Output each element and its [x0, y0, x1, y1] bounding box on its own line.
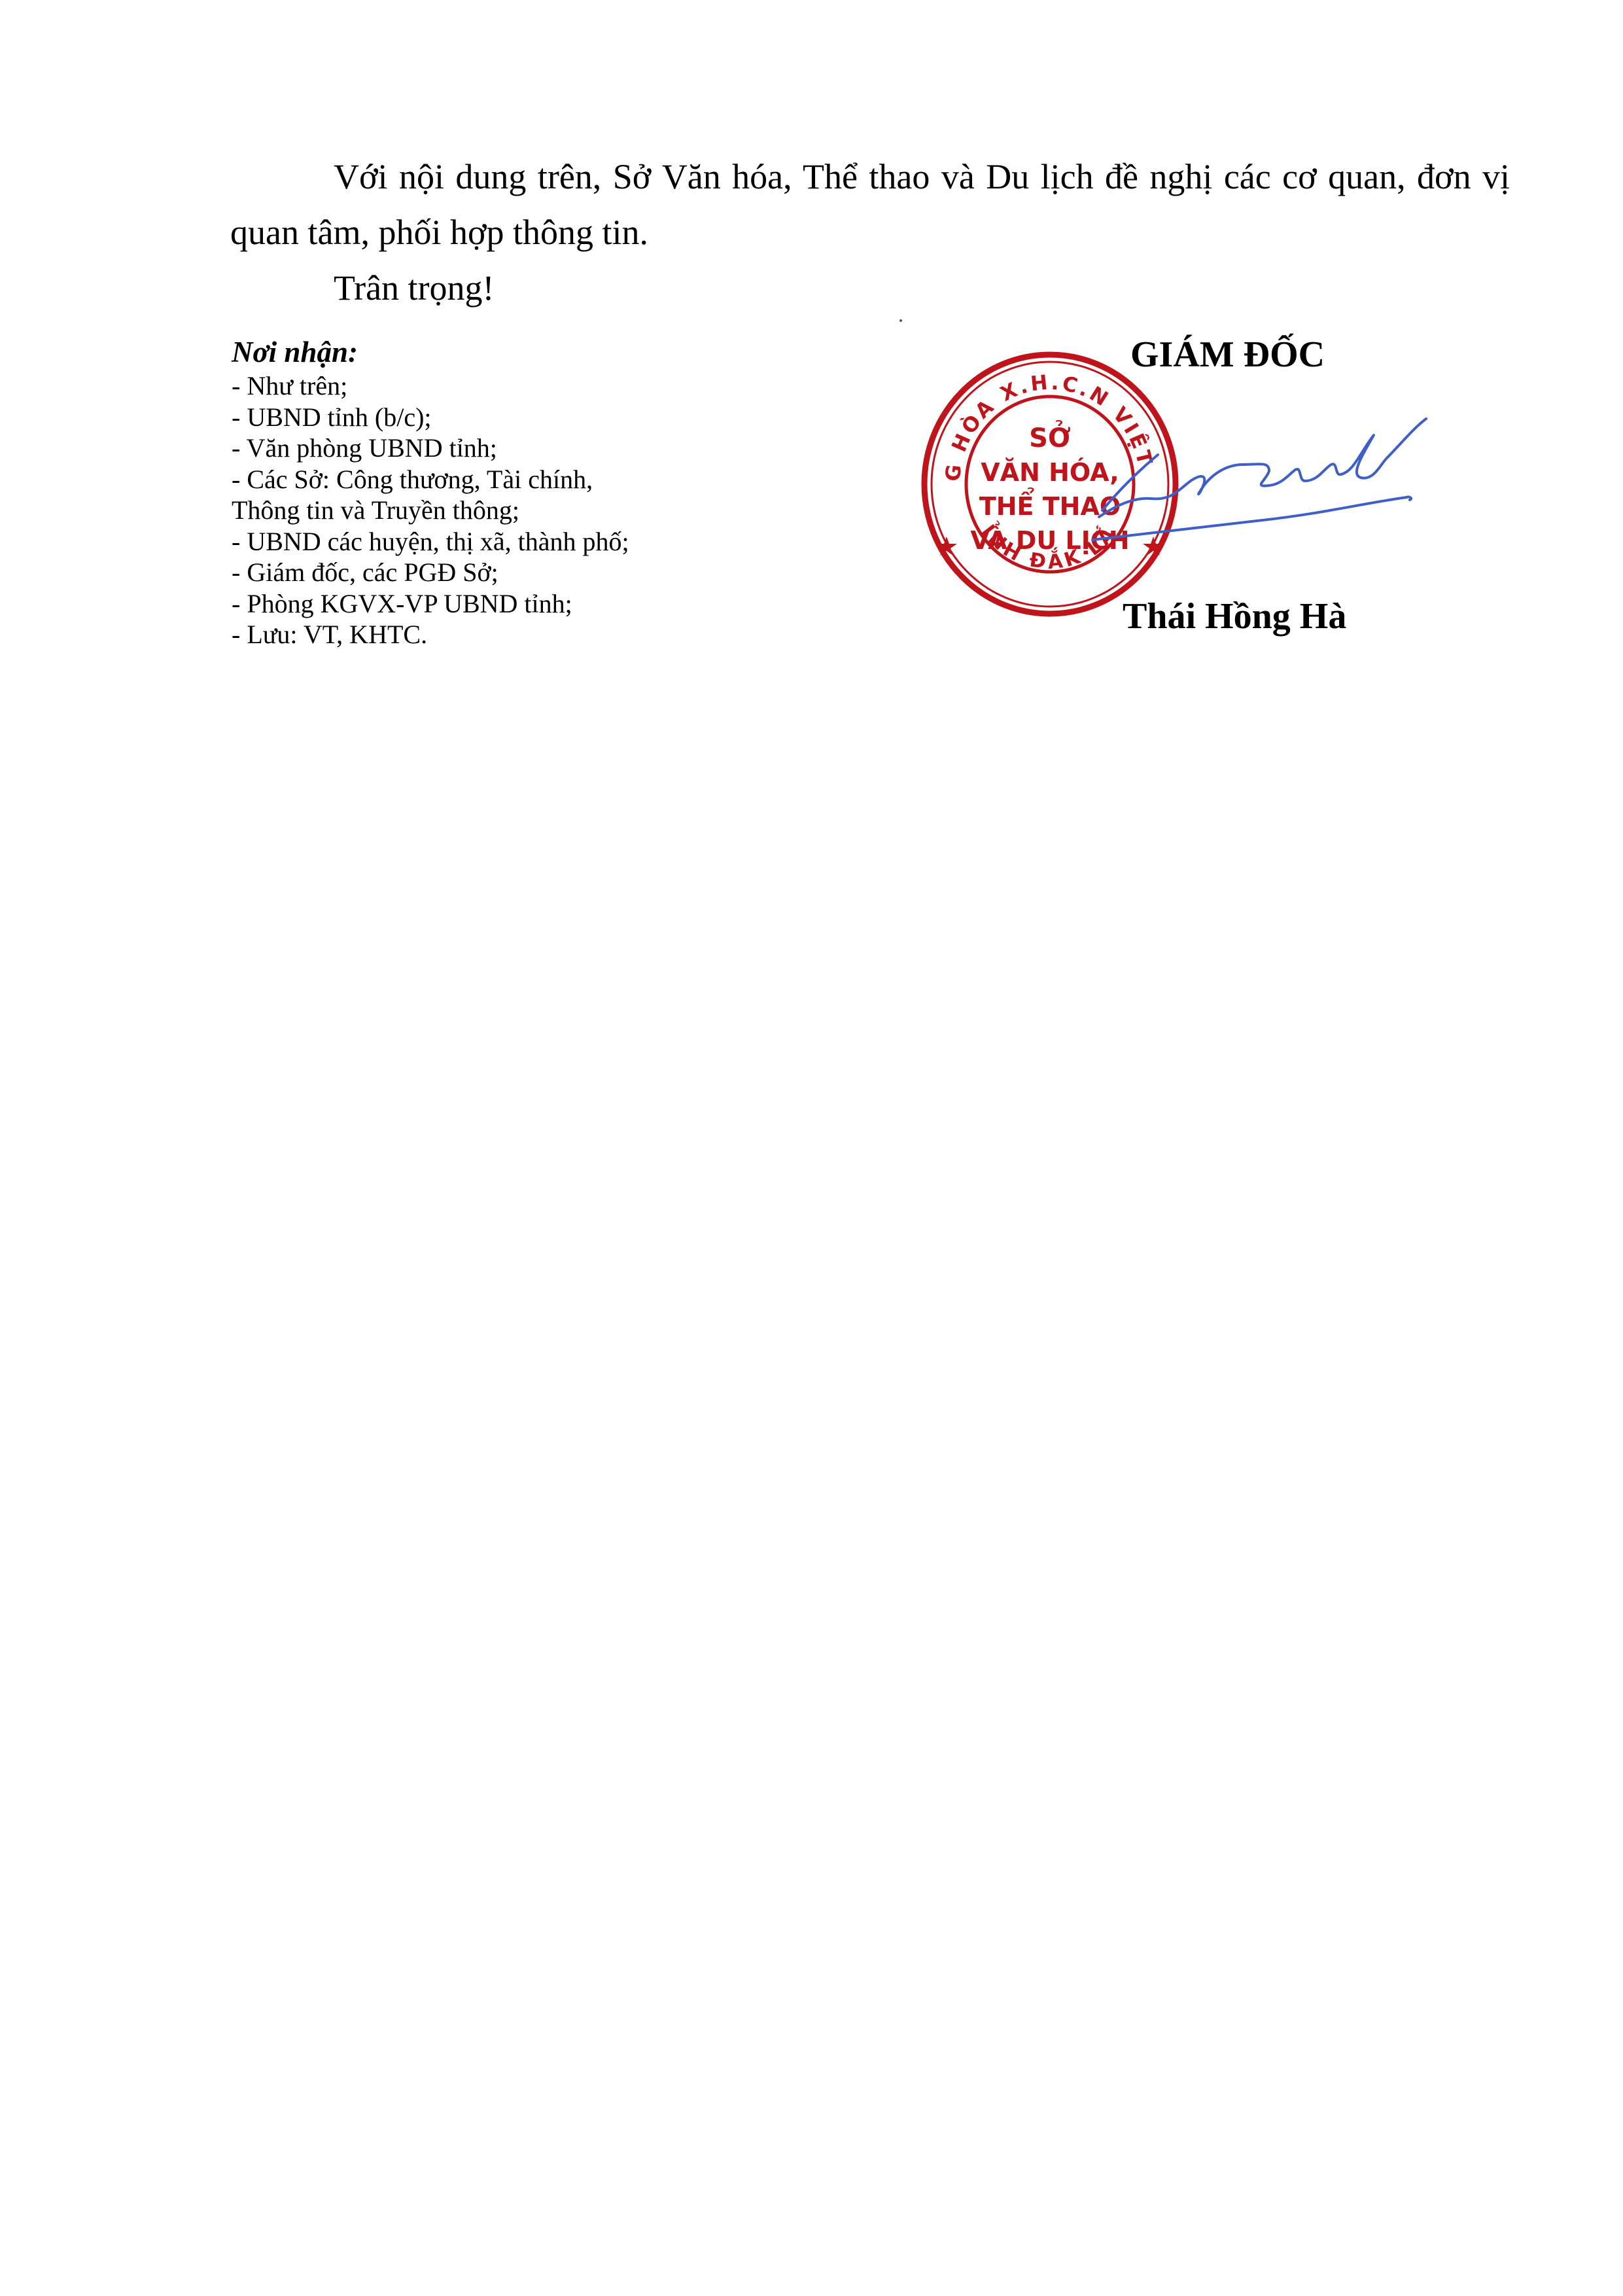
- closing-text: Trân trọng!: [334, 260, 495, 316]
- body-paragraph: Với nội dung trên, Sở Văn hóa, Thể thao …: [230, 149, 1510, 260]
- recipient-item: - Giám đốc, các PGĐ Sở;: [232, 557, 629, 588]
- recipient-item: Thông tin và Truyền thông;: [232, 495, 629, 526]
- recipient-item: - UBND tỉnh (b/c);: [232, 402, 629, 433]
- recipient-item: - Lưu: VT, KHTC.: [232, 619, 629, 650]
- recipients-block: Nơi nhận: - Như trên; - UBND tỉnh (b/c);…: [232, 334, 629, 650]
- recipient-item: - Phòng KGVX-VP UBND tỉnh;: [232, 588, 629, 620]
- recipient-item: - Các Sở: Công thương, Tài chính,: [232, 464, 629, 495]
- recipient-item: - Văn phòng UBND tỉnh;: [232, 433, 629, 464]
- svg-text:SỞ: SỞ: [1029, 419, 1071, 453]
- signer-name: Thái Hồng Hà: [1123, 595, 1346, 637]
- recipient-item: - Như trên;: [232, 370, 629, 402]
- handwritten-signature-icon: [1073, 399, 1439, 569]
- recipient-item: - UBND các huyện, thị xã, thành phố;: [232, 526, 629, 557]
- recipients-title: Nơi nhận:: [232, 334, 629, 370]
- recipients-list: - Như trên; - UBND tỉnh (b/c); - Văn phò…: [232, 370, 629, 650]
- scan-artifact-dot: [899, 319, 902, 322]
